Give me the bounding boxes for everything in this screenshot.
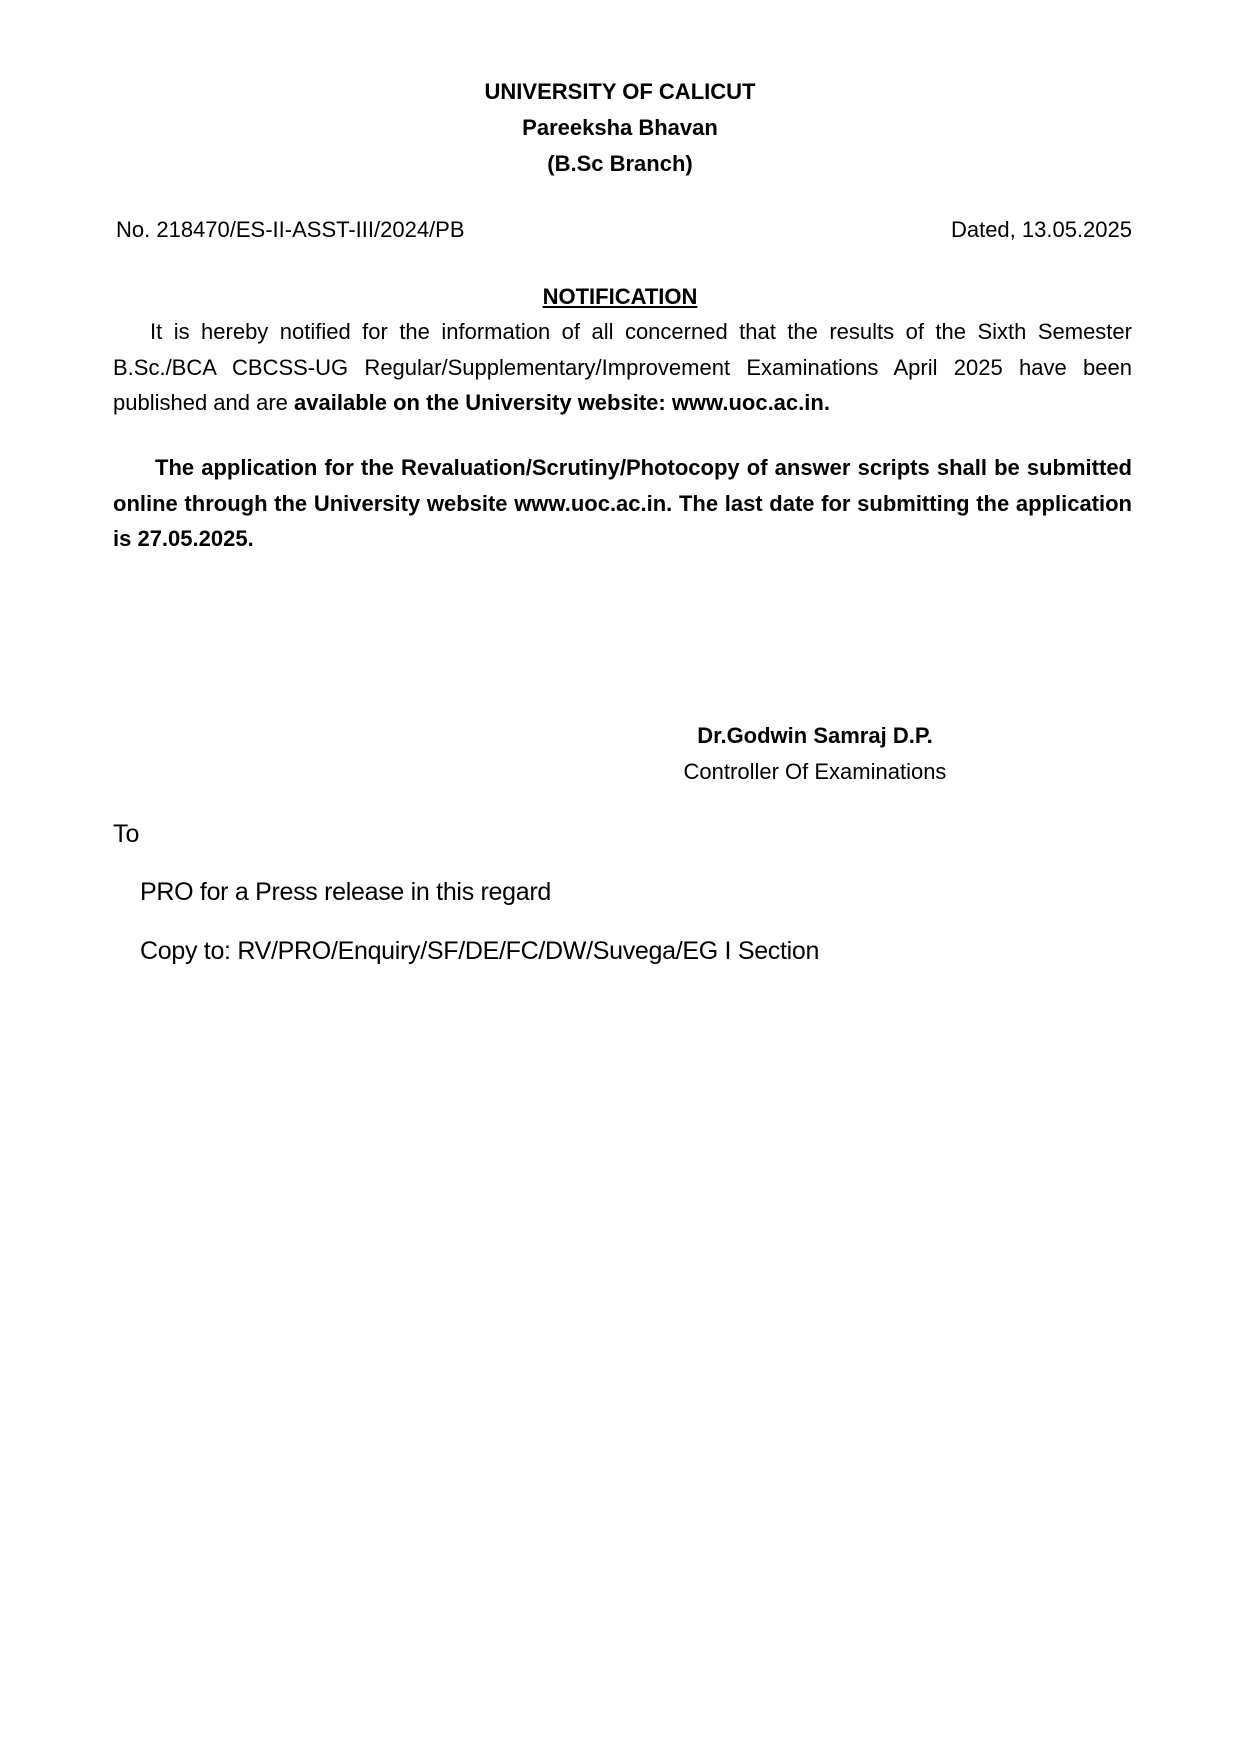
- paragraph-1-website-note: available on the University website: www…: [294, 390, 830, 415]
- letterhead: UNIVERSITY OF CALICUT Pareeksha Bhavan (…: [0, 74, 1240, 182]
- reference-date: Dated, 13.05.2025: [951, 215, 1132, 245]
- to-label: To: [113, 818, 139, 850]
- notification-paragraph-1: It is hereby notified for the informatio…: [113, 314, 1132, 421]
- paragraph-2-text: The application for the Revaluation/Scru…: [113, 455, 1132, 551]
- notification-paragraph-2: The application for the Revaluation/Scru…: [113, 450, 1132, 557]
- signatory-designation: Controller Of Examinations: [620, 754, 1010, 790]
- signature-block: Dr.Godwin Samraj D.P. Controller Of Exam…: [620, 718, 1010, 790]
- office-name: Pareeksha Bhavan: [0, 110, 1240, 146]
- reference-line: No. 218470/ES-II-ASST-III/2024/PB Dated,…: [116, 215, 1132, 245]
- university-name: UNIVERSITY OF CALICUT: [0, 74, 1240, 110]
- branch-name: (B.Sc Branch): [0, 146, 1240, 182]
- recipient-line: PRO for a Press release in this regard: [140, 876, 551, 908]
- signatory-name: Dr.Godwin Samraj D.P.: [620, 718, 1010, 754]
- reference-number: No. 218470/ES-II-ASST-III/2024/PB: [116, 215, 465, 245]
- document-page: UNIVERSITY OF CALICUT Pareeksha Bhavan (…: [0, 0, 1240, 1755]
- copy-to-line: Copy to: RV/PRO/Enquiry/SF/DE/FC/DW/Suve…: [140, 935, 819, 967]
- notification-title: NOTIFICATION: [0, 282, 1240, 312]
